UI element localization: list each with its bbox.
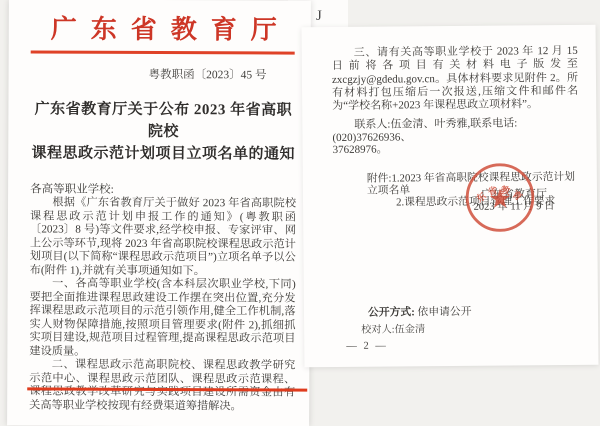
disclosure-value: 依申请公开 (417, 306, 471, 318)
scan-artifact-mark: J (316, 8, 322, 25)
official-seal: 广东省教育厅 (459, 156, 542, 239)
page-1-content: 广东省教育厅 粤教职函〔2023〕45 号 广东省教育厅关于公布 2023 年省… (7, 0, 311, 414)
contact-line-1: 联系人:伍金清、叶秀雅,联系电话:(020)37626936、 (332, 117, 578, 144)
body-paragraph-4: 三、请有关高等职业学校于 2023 年 12 月 15 日前将各项目有关材料电子… (332, 45, 579, 114)
page-1-body: 根据《广东省教育厅关于做好 2023 年省高职院校课程思政示范计划申报工作的通知… (29, 196, 296, 413)
document-page-1: 广东省教育厅 粤教职函〔2023〕45 号 广东省教育厅关于公布 2023 年省… (7, 0, 311, 426)
notice-title-line-1: 广东省教育厅关于公布 2023 年省高职院校 (30, 98, 296, 143)
scanned-document-background: J 广东省教育厅 粤教职函〔2023〕45 号 广东省教育厅关于公布 2023 … (0, 0, 600, 426)
seal-arc-text: 广东省教育厅 (459, 156, 527, 205)
body-paragraph-3: 二、课程思政示范高职院校、课程思政教学研究示范中心、课程思政示范团队、课程思政示… (29, 358, 295, 413)
proofreader-line: 校对人:伍金清 (361, 320, 425, 336)
contact-line-2: 37628976。 (333, 142, 579, 157)
notice-title: 广东省教育厅关于公布 2023 年省高职院校 课程思政示范计划项目立项名单的通知 (30, 98, 296, 165)
disclosure-label: 公开方式: (368, 306, 415, 318)
page-2-content: 三、请有关高等职业学校于 2023 年 12 月 15 日前将各项目有关材料电子… (302, 25, 598, 210)
page-number: — 2 — (346, 341, 388, 352)
disclosure-method: 公开方式: 依申请公开 (368, 304, 472, 320)
contact-info: 联系人:伍金清、叶秀雅,联系电话:(020)37626936、 37628976… (332, 117, 578, 157)
doc-number: 粤教职函〔2023〕45 号 (31, 65, 297, 82)
document-page-2: 三、请有关高等职业学校于 2023 年 12 月 15 日前将各项目有关材料电子… (302, 25, 599, 368)
notice-title-line-2: 课程思政示范计划项目立项名单的通知 (30, 142, 296, 165)
red-separator-line-top (31, 50, 295, 54)
body-paragraph-1: 根据《广东省教育厅关于做好 2023 年省高职院校课程思政示范计划申报工作的通知… (30, 196, 296, 278)
salutation: 各高等职业学校: (30, 180, 296, 197)
page-2-body: 三、请有关高等职业学校于 2023 年 12 月 15 日前将各项目有关材料电子… (332, 45, 579, 114)
body-paragraph-2: 一、各高等职业学校(含本科层次职业学校,下同)要把全面推进课程思政建设工作摆在突… (29, 277, 295, 359)
letterhead-title: 广东省教育厅 (31, 13, 297, 46)
